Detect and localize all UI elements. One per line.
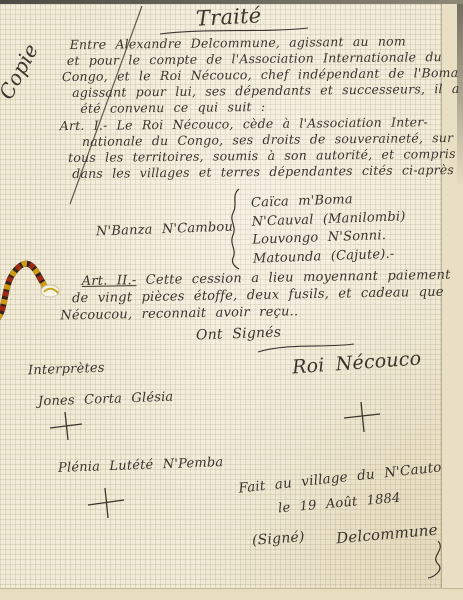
king-cross-mark [340, 400, 384, 434]
intro-paragraph: Entre Alexandre Delcommune, agissant au … [62, 33, 460, 117]
interpreter-1-cross-mark [46, 410, 86, 442]
interpreter-1-name: Jones Corta Glésia [38, 390, 174, 410]
interpreter-2-cross-mark [84, 486, 128, 520]
closing-date-line: le 19 Août 1884 [278, 491, 402, 517]
village-names-list: Caïca m'Boma N'Cauval (Manilombi) Louvon… [251, 189, 407, 268]
village-chief-name: N'Banza N'Cambou [96, 220, 234, 240]
page-bottom-edge [0, 588, 463, 600]
article-1-line: dans les villages et terres dépendantes … [60, 162, 463, 182]
list-brace [226, 188, 244, 270]
signature-tail-flourish [424, 540, 448, 580]
delcommune-signature: Delcommune [335, 521, 438, 548]
binding-hole-eyelet [38, 282, 64, 300]
margin-note-copie: Copie [0, 40, 43, 104]
article-2-label: Art. II.- [82, 273, 137, 289]
article-1-paragraph: Art. I.- Le Roi Nécouco, cède à l'Associ… [60, 114, 463, 182]
manuscript-page: Copie Traité Entre Alexandre Delcommune,… [0, 0, 463, 600]
signed-label: (Signé) [252, 529, 306, 549]
closing-place-line: Fait au village du N'Cauto [238, 459, 443, 496]
article-2-paragraph: Art. II.- Cette cession a lieu moyennant… [60, 267, 452, 325]
interpreter-2-name: Plénia Lutété N'Pemba [58, 455, 224, 476]
interpreters-label: Interprètes [28, 361, 105, 379]
